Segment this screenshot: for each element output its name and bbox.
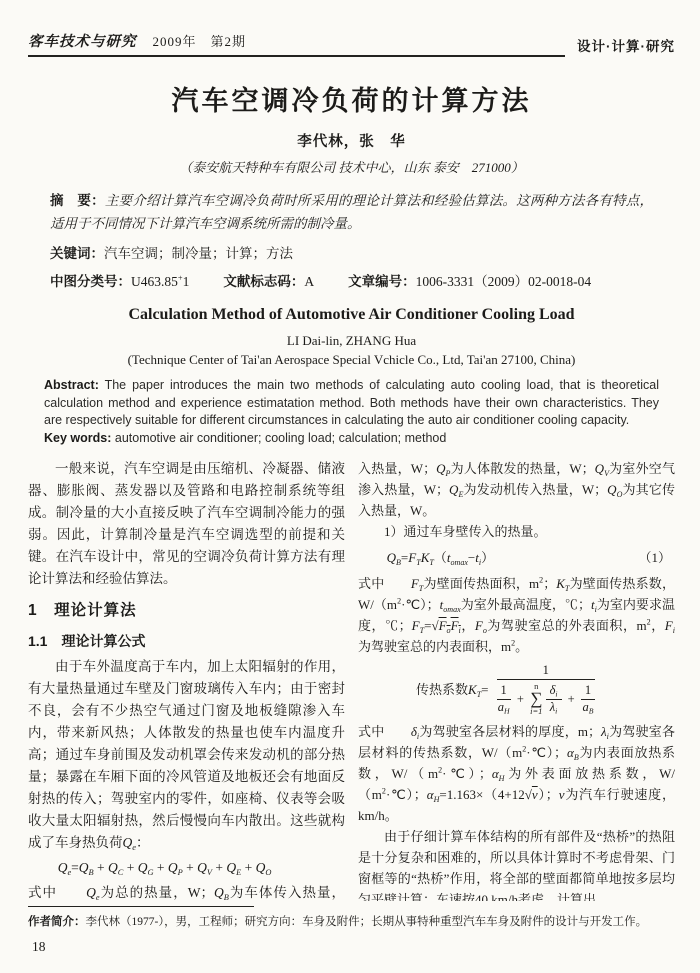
kt-denominator: 1aH + n∑i=1 δiλi + 1aB bbox=[497, 680, 596, 716]
header-rule: 客车技术与研究 2009年 第2期 bbox=[28, 30, 565, 57]
paragraph-thermal-bridge: 由于仔细计算车体结构的所有部件及“热桥”的热阻是十分复杂和困难的，所以具体计算时… bbox=[358, 826, 675, 910]
authors-en: LI Dai-lin, ZHANG Hua bbox=[28, 333, 675, 349]
keywords-en-label: Key words: bbox=[44, 431, 111, 445]
plus-operator: + bbox=[514, 692, 527, 706]
author-bio-text: 李代林（1977-），男，工程师；研究方向：车身及附件；长期从事特种重型汽车车身… bbox=[86, 916, 648, 928]
equation-qb: QB=FTKT（tomax−ti） bbox=[358, 547, 494, 568]
left-column: 一般来说，汽车空调是由压缩机、冷凝器、储液器、膨胀阀、蒸发器以及管路和电路控制系… bbox=[28, 458, 345, 948]
frac-1-over-aH: 1aH bbox=[497, 684, 511, 715]
abstract-zh: 摘 要：主要介绍计算汽车空调冷负荷时所采用的理论计算法和经验估算法。这两种方法各… bbox=[50, 189, 653, 235]
author-bio-label: 作者简介： bbox=[28, 916, 86, 928]
clc-label: 中图分类号： bbox=[50, 274, 131, 289]
journal-name: 客车技术与研究 bbox=[28, 30, 137, 51]
column-section-label: 设计·计算·研究 bbox=[577, 35, 675, 57]
articleid-value: 1006-3331（2009）02-0018-04 bbox=[416, 274, 592, 289]
journal-issue: 2009年 第2期 bbox=[153, 31, 247, 50]
kt-numerator: 1 bbox=[497, 663, 596, 680]
doccode-label: 文献标志码： bbox=[223, 274, 304, 289]
clc-value: U463.85+1 bbox=[131, 274, 189, 289]
frac-delta-over-lambda: δiλi bbox=[546, 684, 562, 715]
paragraph-qe-terms-cont: 入热量，W；QP为人体散发的热量，W；QV为室外空气渗入热量，W；QE为发动机传… bbox=[358, 458, 675, 521]
summation-symbol: n∑i=1 bbox=[530, 682, 542, 716]
abstract-zh-text: 主要介绍计算汽车空调冷负荷时所采用的理论计算法和经验估算法。这两种方法各有特点，… bbox=[50, 193, 653, 231]
frac-1-over-aB: 1aB bbox=[581, 684, 595, 715]
article-meta-line: 中图分类号：U463.85+1 文献标志码：A 文章编号：1006-3331（2… bbox=[50, 270, 653, 290]
page-footer: 作者简介：李代林（1977-），男，工程师；研究方向：车身及附件；长期从事特种重… bbox=[28, 901, 675, 955]
keywords-zh-label: 关键词： bbox=[50, 246, 104, 261]
authors-zh: 李代林，张 华 bbox=[28, 130, 675, 151]
equation-qe: Qe=QB + QC + QG + QP + QV + QE + QO bbox=[28, 857, 345, 879]
equation-kt: 传热系数KT= 1 1aH + n∑i=1 δiλi + 1aB bbox=[358, 663, 675, 716]
equation-number-1: （1） bbox=[638, 547, 675, 568]
affiliation-zh: （泰安航天特种车有限公司 技术中心，山东 泰安 271000） bbox=[28, 157, 675, 176]
paragraph-qb-terms: 式中 FT为壁面传热面积，m2；KT为壁面传热系数，W/（m2·℃）；tomax… bbox=[358, 573, 675, 657]
footer-rule bbox=[28, 906, 254, 907]
equation-kt-label: 传热系数KT= bbox=[416, 679, 489, 700]
articleid-item: 文章编号：1006-3331（2009）02-0018-04 bbox=[348, 270, 591, 290]
page-number: 18 bbox=[28, 939, 675, 955]
section-heading-1-1: 1.1 理论计算公式 bbox=[28, 630, 345, 652]
section-heading-1: 1 理论计算法 bbox=[28, 600, 345, 622]
keywords-zh-text: 汽车空调；制冷量；计算；方法 bbox=[104, 246, 293, 261]
article-title-zh: 汽车空调冷负荷的计算方法 bbox=[28, 79, 675, 118]
right-column: 入热量，W；QP为人体散发的热量，W；QV为室外空气渗入热量，W；QE为发动机传… bbox=[358, 458, 675, 948]
doccode-value: A bbox=[304, 274, 314, 289]
paragraph-kt-terms: 式中 δi为驾驶室各层材料的厚度，m；λi为驾驶室各层材料的传热系数，W/（m2… bbox=[358, 721, 675, 826]
articleid-label: 文章编号： bbox=[348, 274, 416, 289]
page-header: 客车技术与研究 2009年 第2期 设计·计算·研究 bbox=[28, 30, 675, 57]
article-title-en: Calculation Method of Automotive Air Con… bbox=[28, 306, 675, 324]
paragraph-item-1: 1）通过车身壁传入的热量。 bbox=[358, 521, 675, 542]
body-columns: 一般来说，汽车空调是由压缩机、冷凝器、储液器、膨胀阀、蒸发器以及管路和电路控制系… bbox=[28, 458, 675, 948]
paragraph-intro: 一般来说，汽车空调是由压缩机、冷凝器、储液器、膨胀阀、蒸发器以及管路和电路控制系… bbox=[28, 458, 345, 590]
abstract-en-label: Abstract: bbox=[44, 378, 99, 392]
clc-item: 中图分类号：U463.85+1 bbox=[50, 270, 189, 290]
equation-kt-fraction: 1 1aH + n∑i=1 δiλi + 1aB bbox=[497, 663, 596, 716]
abstract-en-text: The paper introduces the main two method… bbox=[44, 378, 659, 427]
paragraph-heat-sources: 由于车外温度高于车内，加上太阳辐射的作用，有大量热量通过车壁及门窗玻璃传入车内；… bbox=[28, 656, 345, 854]
author-bio: 作者简介：李代林（1977-），男，工程师；研究方向：车身及附件；长期从事特种重… bbox=[28, 914, 675, 930]
keywords-zh: 关键词：汽车空调；制冷量；计算；方法 bbox=[50, 242, 653, 262]
doccode-item: 文献标志码：A bbox=[223, 270, 314, 290]
affiliation-en: (Technique Center of Tai'an Aerospace Sp… bbox=[28, 352, 675, 368]
abstract-zh-label: 摘 要： bbox=[50, 193, 105, 208]
plus-operator: + bbox=[565, 692, 578, 706]
abstract-en: Abstract: The paper introduces the main … bbox=[44, 377, 659, 447]
equation-qb-row: QB=FTKT（tomax−ti） （1） bbox=[358, 544, 675, 571]
keywords-en-text: automotive air conditioner; cooling load… bbox=[111, 431, 446, 445]
paper-page: 客车技术与研究 2009年 第2期 设计·计算·研究 汽车空调冷负荷的计算方法 … bbox=[0, 0, 700, 973]
